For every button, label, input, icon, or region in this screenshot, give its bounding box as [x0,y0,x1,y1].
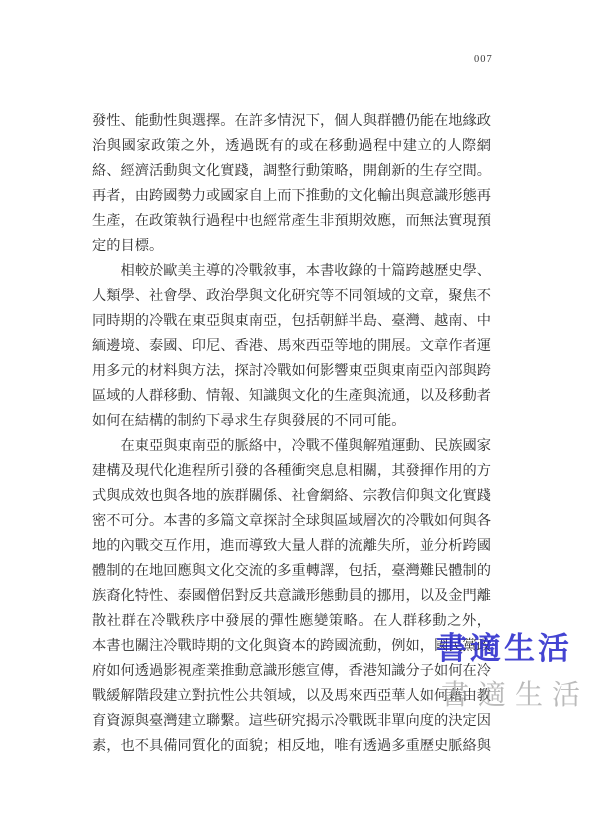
text-line: 戰緩解階段建立對抗性公共領域，以及馬來西亞華人如何藉由教 [92,684,491,709]
text-line: 人類學、社會學、政治學與文化研究等不同領域的文章，聚焦不 [92,284,491,309]
text-line: 散社群在冷戰秩序中發展的彈性應變策略。在人群移動之外， [92,609,491,634]
text-line: 生產，在政策執行過程中也經常產生非預期效應，而無法實現預 [92,209,491,234]
text-line: 素，也不具備同質化的面貌；相反地，唯有透過多重歷史脈絡與 [92,734,491,759]
text-line: 相較於歐美主導的冷戰敘事，本書收錄的十篇跨越歷史學、 [92,259,491,284]
text-line: 如何在結構的制約下尋求生存與發展的不同可能。 [92,409,491,434]
text-line: 密不可分。本書的多篇文章探討全球與區域層次的冷戰如何與各 [92,509,491,534]
text-line: 式與成效也與各地的族群關係、社會網絡、宗教信仰與文化實踐 [92,484,491,509]
text-line: 區域的人群移動、情報、知識與文化的生產與流通，以及移動者 [92,384,491,409]
text-line: 發性、能動性與選擇。在許多情況下，個人與群體仍能在地緣政 [92,109,491,134]
text-line: 再者，由跨國勢力或國家自上而下推動的文化輸出與意識形態再 [92,184,491,209]
body-text: 發性、能動性與選擇。在許多情況下，個人與群體仍能在地緣政治與國家政策之外，透過既… [92,109,491,759]
text-line: 族裔化特性、泰國僧侶對反共意識形態動員的挪用，以及金門離 [92,584,491,609]
page-number: 007 [474,54,493,65]
text-line: 府如何透過影視產業推動意識形態宣傳，香港知識分子如何在冷 [92,659,491,684]
text-line: 育資源與臺灣建立聯繫。這些研究揭示冷戰既非單向度的決定因 [92,709,491,734]
text-line: 本書也關注冷戰時期的文化與資本的跨國流動，例如，國民黨政 [92,634,491,659]
text-line: 在東亞與東南亞的脈絡中，冷戰不僅與解殖運動、民族國家 [92,434,491,459]
text-line: 緬邊境、泰國、印尼、香港、馬來西亞等地的開展。文章作者運 [92,334,491,359]
text-line: 體制的在地回應與文化交流的多重轉譯，包括，臺灣難民體制的 [92,559,491,584]
text-line: 用多元的材料與方法，探討冷戰如何影響東亞與東南亞內部與跨 [92,359,491,384]
text-line: 同時期的冷戰在東亞與東南亞，包括朝鮮半島、臺灣、越南、中 [92,309,491,334]
text-line: 治與國家政策之外，透過既有的或在移動過程中建立的人際網 [92,134,491,159]
text-line: 絡、經濟活動與文化實踐，調整行動策略，開創新的生存空間。 [92,159,491,184]
text-line: 建構及現代化進程所引發的各種衝突息息相關，其發揮作用的方 [92,459,491,484]
text-line: 定的目標。 [92,234,491,259]
text-line: 地的內戰交互作用，進而導致大量人群的流離失所，並分析跨國 [92,534,491,559]
book-page: 007 發性、能動性與選擇。在許多情況下，個人與群體仍能在地緣政治與國家政策之外… [0,0,595,838]
